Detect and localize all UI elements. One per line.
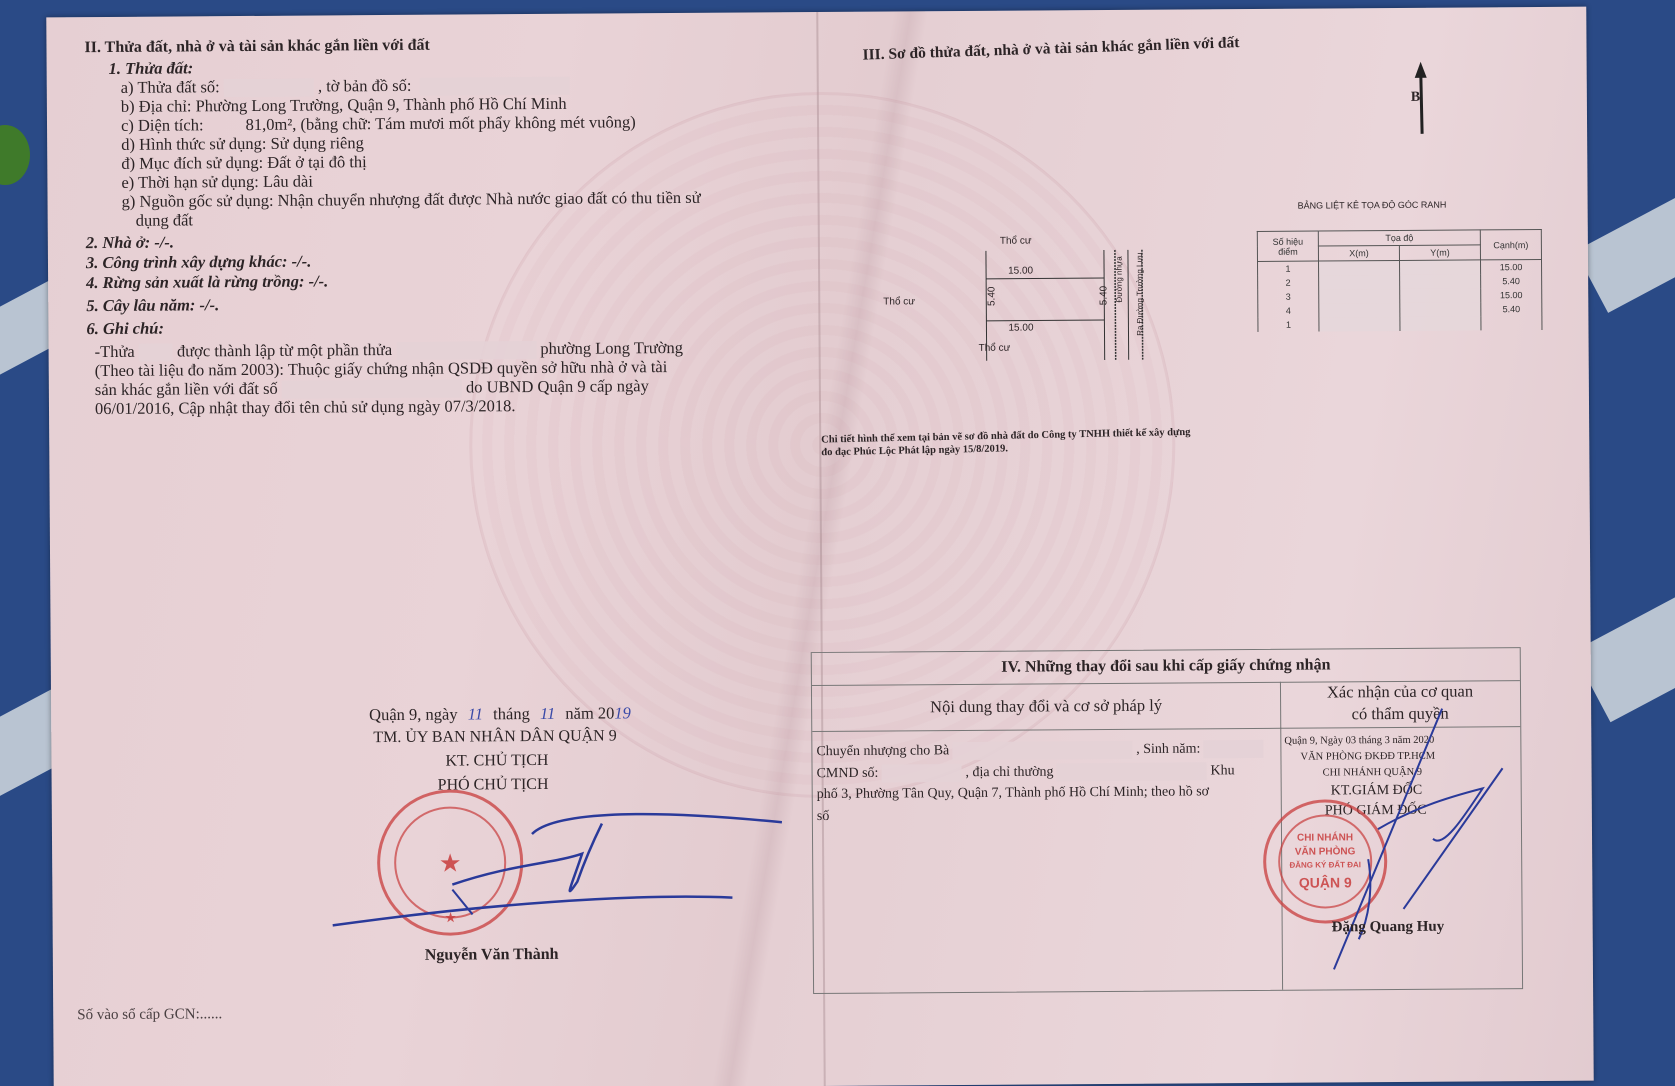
table-cell-x xyxy=(1319,260,1400,275)
change-content-line-2: CMND số: , địa chỉ thường Khu xyxy=(817,762,1235,783)
table-cell-y xyxy=(1400,302,1481,317)
table-cell-edge: 15.00 xyxy=(1481,288,1542,302)
redacted-plot-number xyxy=(224,79,314,98)
signer-role-1: KT. CHỦ TỊCH xyxy=(445,752,548,771)
year-label: năm 20 xyxy=(565,703,614,722)
table-cell-y xyxy=(1400,288,1481,303)
corner-coordinates-table: Số hiệu điểm Tọa độ Cạnh(m) X(m) Y(m) 1 … xyxy=(1257,229,1543,332)
col-x: X(m) xyxy=(1318,245,1399,261)
usage-origin-row: g) Nguồn gốc sử dụng: Nhận chuyển nhượng… xyxy=(121,188,700,212)
signature-right xyxy=(1292,688,1524,980)
issuing-org: TM. ỦY BAN NHÂN DÂN QUẬN 9 xyxy=(373,727,617,747)
issue-date: Quận 9, ngày 11 tháng 11 năm 2019 xyxy=(369,703,631,725)
change-content-line-4: số xyxy=(817,809,830,825)
col-point: Số hiệu điểm xyxy=(1257,231,1318,261)
land-certificate-document: II. Thửa đất, nhà ở và tài sản khác gắn … xyxy=(46,7,1593,1086)
table-cell-x xyxy=(1319,303,1400,318)
neighbor-left-label: Thổ cư xyxy=(883,296,915,307)
issue-day: 11 xyxy=(468,704,483,723)
road-label-2: Ra Đường Trường Lưu xyxy=(1135,253,1145,336)
table-cell-point: 4 xyxy=(1258,304,1319,318)
note-text: do UBND Quận 9 cấp ngày xyxy=(466,376,649,396)
month-label: tháng xyxy=(493,704,530,723)
table-cell-edge: 5.40 xyxy=(1481,302,1542,316)
north-label: B xyxy=(1411,90,1420,106)
issue-year: 19 xyxy=(614,703,631,722)
gcn-register-number: Số vào sổ cấp GCN:...... xyxy=(77,1006,222,1024)
note-text: -Thửa xyxy=(95,342,135,361)
table-cell-y xyxy=(1399,260,1480,275)
north-arrow: B xyxy=(1409,60,1434,145)
usage-purpose-row: đ) Mục đích sử dụng: Đất ở tại đô thị xyxy=(121,152,367,174)
change-text: Chuyển nhượng cho Bà xyxy=(816,743,949,759)
coordinates-table-title: BẢNG LIỆT KÊ TỌA ĐỘ GÓC RANH xyxy=(1298,200,1447,211)
signer-name-right: Đặng Quang Huy xyxy=(1332,919,1445,937)
edge-bottom-length: 15.00 xyxy=(1008,323,1033,334)
perennial-trees-row: 5. Cây lâu năm: -/-. xyxy=(86,295,219,316)
col-content-header: Nội dung thay đổi và cơ sở pháp lý xyxy=(812,682,1281,732)
neighbor-top-label: Thổ cư xyxy=(1000,236,1032,247)
table-cell-y xyxy=(1400,274,1481,289)
redacted-birth-year xyxy=(1204,740,1264,758)
note-line-4: 06/01/2016, Cập nhật thay đổi tên chủ sử… xyxy=(95,396,516,419)
redacted-address xyxy=(1057,762,1207,781)
change-content-line-1: Chuyển nhượng cho Bà , Sinh năm: xyxy=(816,740,1264,761)
table-cell-edge: 5.40 xyxy=(1481,274,1542,288)
usage-term-row: e) Thời hạn sử dụng: Lâu dài xyxy=(121,172,313,193)
other-construction-row: 3. Công trình xây dựng khác: -/-. xyxy=(86,252,311,274)
table-cell-point: 1 xyxy=(1258,261,1319,276)
note-text: được thành lập từ một phần thửa xyxy=(177,340,392,361)
table-cell-y xyxy=(1400,316,1481,331)
col-content-label: Nội dung thay đổi và cơ sở pháp lý xyxy=(930,696,1162,717)
edge-right-length: 5.40 xyxy=(1098,286,1109,306)
table-row: 1 xyxy=(1258,316,1542,332)
table-cell-x xyxy=(1319,289,1400,304)
change-text: CMND số: xyxy=(817,766,879,781)
map-sheet-label: , tờ bản đồ số: xyxy=(318,76,412,96)
production-forest-row: 4. Rừng sản xuất là rừng trồng: -/-. xyxy=(86,271,328,293)
col-edge: Cạnh(m) xyxy=(1480,229,1541,259)
signature-left xyxy=(332,792,813,935)
note-text: phường Long Trường xyxy=(540,338,683,358)
house-row: 2. Nhà ở: -/-. xyxy=(86,233,174,254)
redacted-name xyxy=(953,741,1133,760)
change-text: , địa chỉ thường xyxy=(965,765,1053,781)
note-text: sản khác gắn liền với đất số xyxy=(95,379,278,399)
change-content-line-3: phố 3, Phường Tân Quy, Quận 7, Thành phố… xyxy=(817,784,1209,803)
table-cell-point: 1 xyxy=(1258,318,1319,332)
plot-sketch: Thổ cư Thổ cư Thổ cư 15.00 15.00 5.40 5.… xyxy=(988,249,1189,370)
edge-top-length: 15.00 xyxy=(1008,266,1033,277)
table-cell-x xyxy=(1319,317,1400,332)
notes-heading: 6. Ghi chú: xyxy=(86,319,164,340)
col-coords: Tọa độ xyxy=(1318,230,1480,246)
road-label-1: Đường nhựa xyxy=(1115,256,1124,302)
plot-number-label: a) Thửa đất số: xyxy=(121,77,220,97)
date-prefix: Quận 9, ngày xyxy=(369,705,458,725)
area-value: 81,0m², (bằng chữ: Tám mươi mốt phẩy khô… xyxy=(246,112,636,134)
table-cell-point: 3 xyxy=(1258,290,1319,304)
redacted-value xyxy=(139,344,173,362)
area-row: c) Diện tích: 81,0m², (bằng chữ: Tám mươ… xyxy=(121,112,636,136)
edge-left-length: 5.40 xyxy=(986,287,997,307)
neighbor-bottom-label: Thổ cư xyxy=(979,343,1011,354)
issue-month: 11 xyxy=(540,704,555,723)
table-cell-point: 2 xyxy=(1258,276,1319,290)
section-iii-title: III. Sơ đồ thửa đất, nhà ở và tài sản kh… xyxy=(862,34,1239,64)
section-iv-changes-table: IV. Những thay đổi sau khi cấp giấy chứn… xyxy=(811,647,1523,994)
col-y: Y(m) xyxy=(1399,245,1480,261)
change-text: Khu xyxy=(1210,763,1234,778)
land-plot-heading: 1. Thửa đất: xyxy=(109,58,194,79)
table-cell-edge xyxy=(1481,316,1542,330)
section-iv-title: IV. Những thay đổi sau khi cấp giấy chứn… xyxy=(1001,656,1330,675)
change-text: , Sinh năm: xyxy=(1136,742,1200,757)
table-cell-edge: 15.00 xyxy=(1480,259,1541,274)
table-cell-x xyxy=(1319,275,1400,290)
section-ii-title: II. Thửa đất, nhà ở và tài sản khác gắn … xyxy=(84,37,429,57)
usage-origin-row-cont: dụng đất xyxy=(136,210,193,230)
signer-name-left: Nguyễn Văn Thành xyxy=(425,946,559,965)
redacted-id-number xyxy=(882,764,962,783)
area-label: c) Diện tích: xyxy=(121,115,204,135)
